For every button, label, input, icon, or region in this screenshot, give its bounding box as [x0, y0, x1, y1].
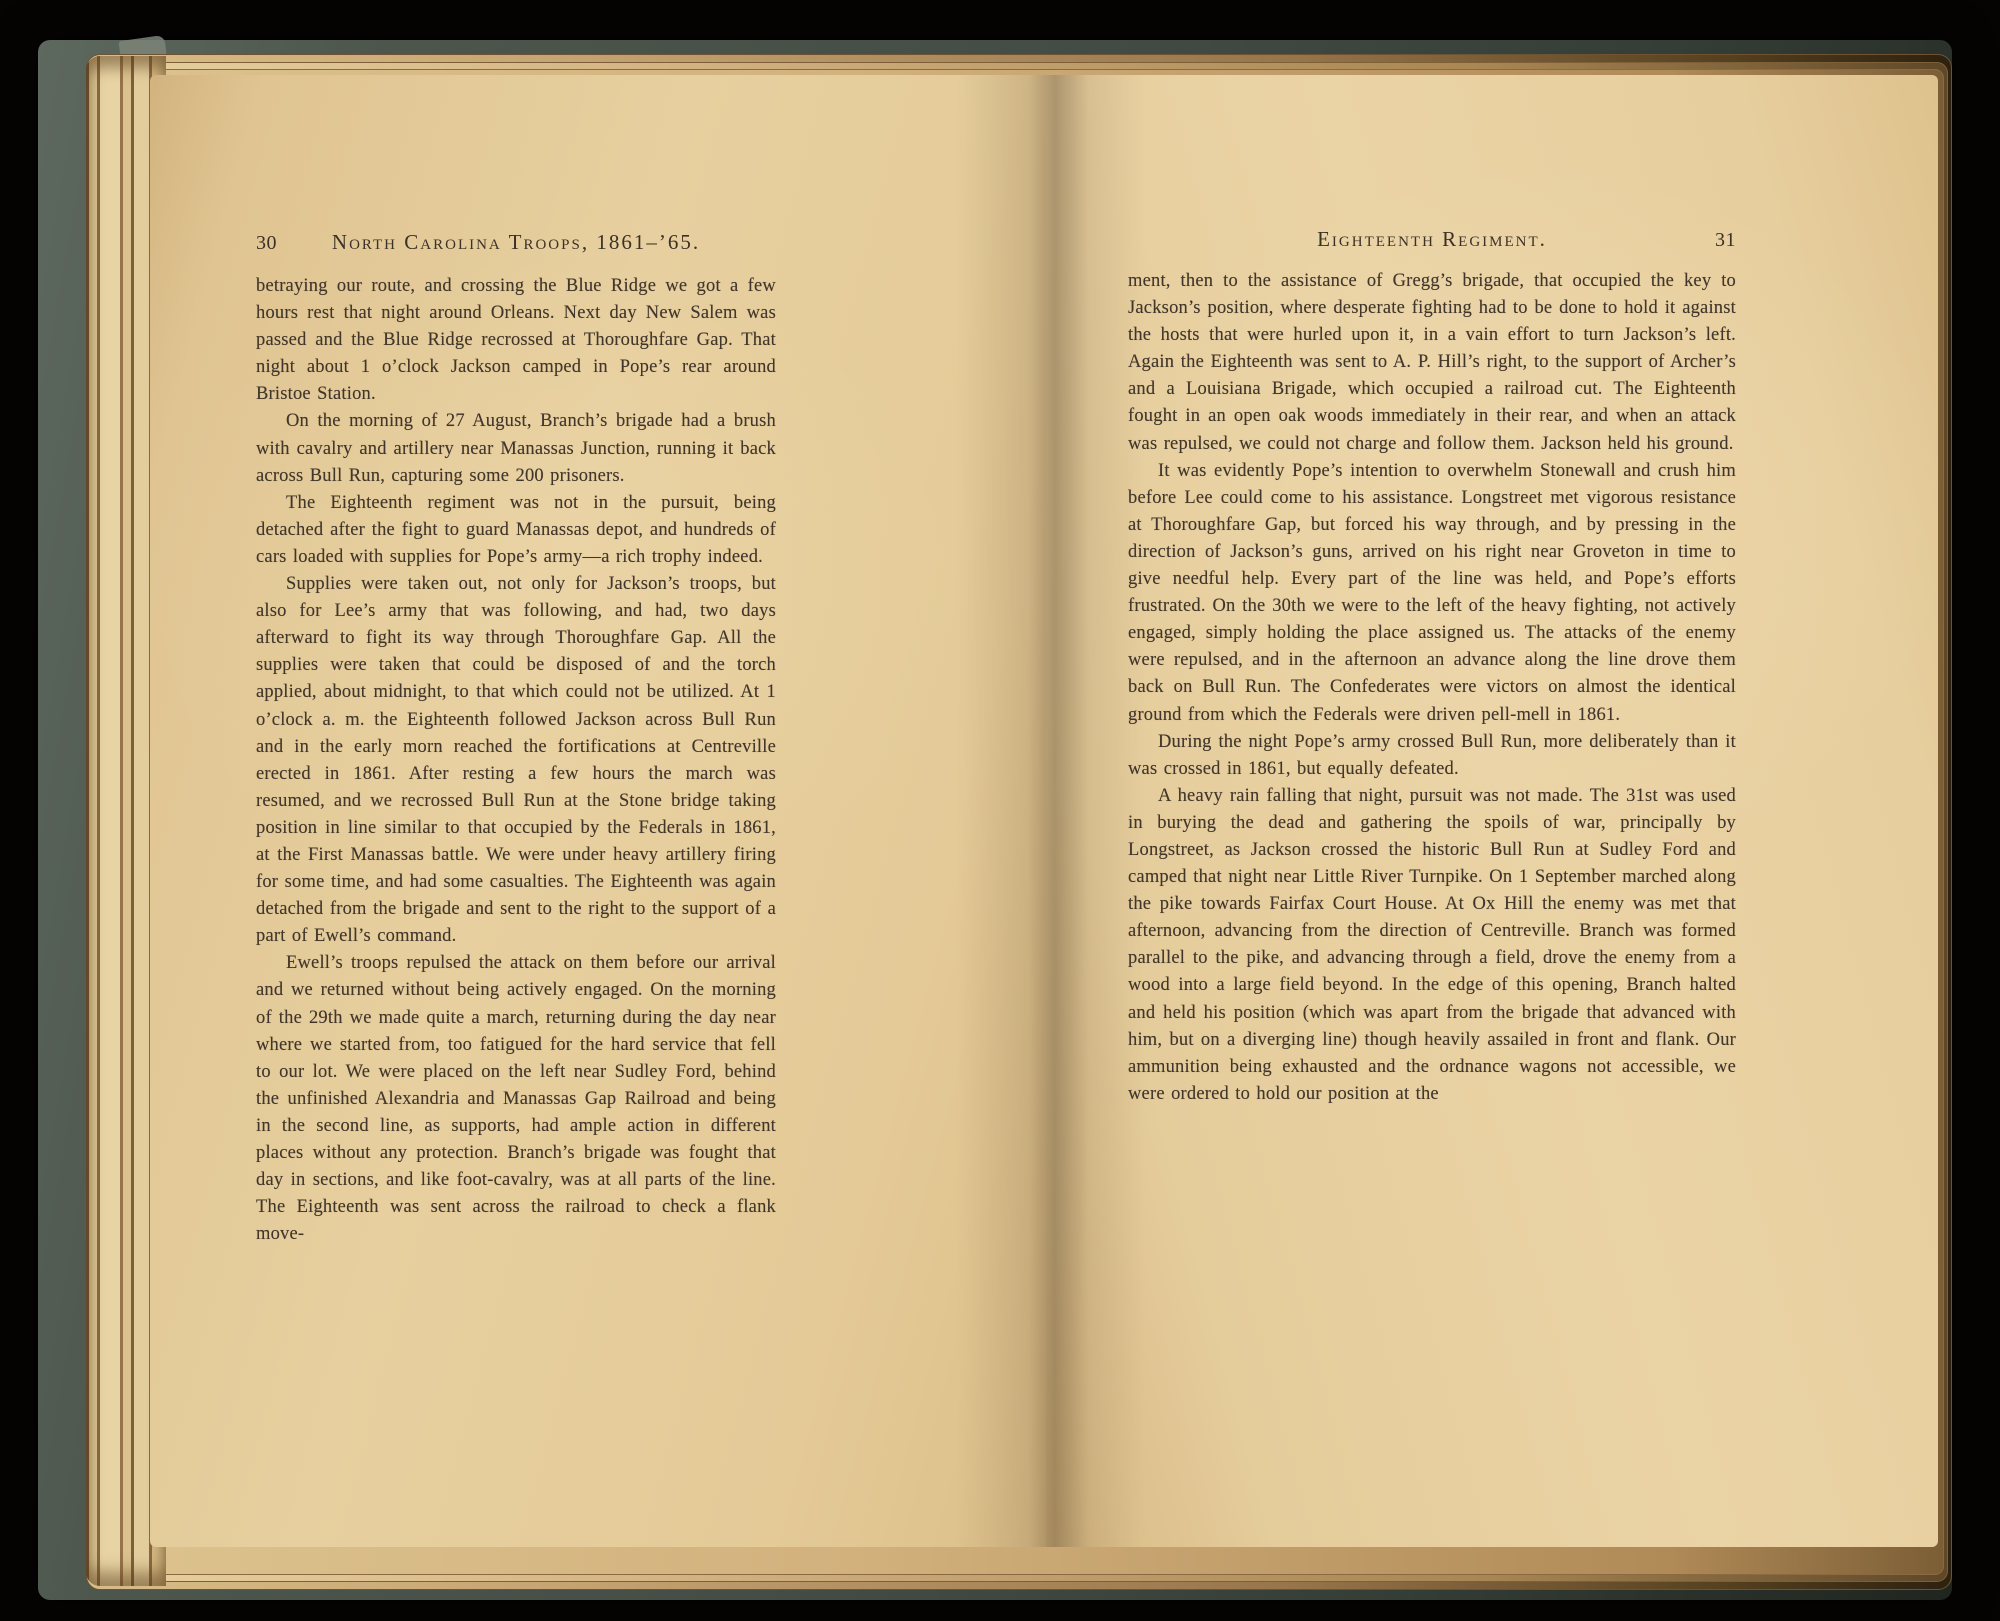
left-page-number: 30: [256, 232, 320, 255]
paragraph: Ewell’s troops repulsed the attack on th…: [256, 950, 776, 1248]
paragraph: ment, then to the assistance of Gregg’s …: [1128, 268, 1736, 458]
paragraph: Supplies were taken out, not only for Ja…: [256, 571, 776, 950]
paragraph: During the night Pope’s army crossed Bul…: [1128, 729, 1736, 783]
paragraph: It was evidently Pope’s intention to ove…: [1128, 458, 1736, 729]
gutter-shadow: [956, 75, 1146, 1547]
left-running-title: North Carolina Troops, 1861–’65.: [320, 230, 712, 255]
right-page-number: 31: [1672, 229, 1736, 252]
photo-background: 30 North Carolina Troops, 1861–’65. betr…: [0, 0, 2000, 1621]
paragraph: betraying our route, and crossing the Bl…: [256, 273, 776, 408]
right-page-header: Eighteenth Regiment. 31: [1128, 227, 1736, 252]
left-page-text: betraying our route, and crossing the Bl…: [256, 273, 776, 1248]
paragraph: The Eighteenth regiment was not in the p…: [256, 490, 776, 571]
paragraph: A heavy rain falling that night, pursuit…: [1128, 783, 1736, 1108]
paragraph: On the morning of 27 August, Branch’s br…: [256, 408, 776, 489]
right-running-title: Eighteenth Regiment.: [1192, 227, 1672, 252]
right-page-text: ment, then to the assistance of Gregg’s …: [1128, 268, 1736, 1108]
left-page-header: 30 North Carolina Troops, 1861–’65.: [256, 230, 776, 255]
